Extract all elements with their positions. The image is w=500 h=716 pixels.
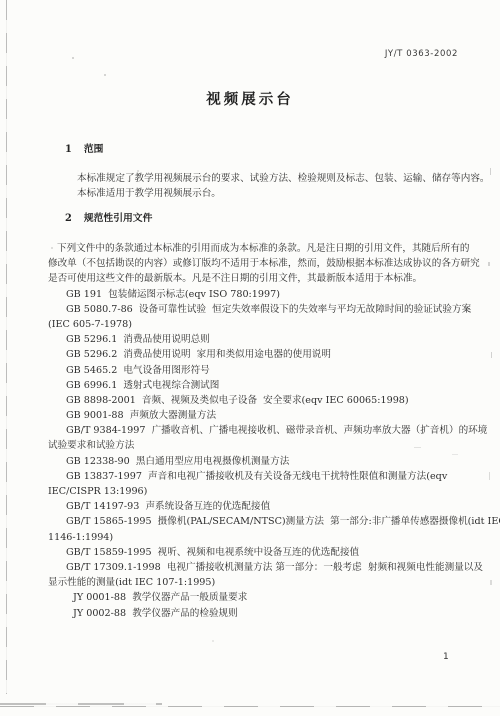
reference-line-continuation: (IEC 605-7-1978) — [48, 317, 474, 332]
reference-line: GB 13837-1997 声音和电视广播接收机及有关设备无线电干扰特性限值和测… — [66, 469, 474, 484]
reference-line: GB 5296.2 消费品使用说明 家用和类似用途电器的使用说明 — [66, 347, 474, 362]
scan-artifact — [414, 447, 421, 448]
section-1-heading-text: 范围 — [84, 144, 104, 155]
section-2-heading-text: 规范性引用文件 — [84, 213, 153, 224]
scan-artifact — [490, 168, 491, 175]
scan-artifact — [452, 454, 458, 455]
reference-line: JY 0002-88 教学仪器产品的检验规则 — [73, 606, 474, 621]
document-code: JY/T 0363-2002 — [385, 49, 458, 59]
reference-line: GB 5296.1 消费品使用说明总则 — [66, 332, 474, 347]
scanned-document-page: JY/T 0363-2002 视频展示台 1范围 本标准规定了教学用视频展示台的… — [0, 0, 500, 716]
section-1-number: 1 — [65, 144, 72, 155]
section-1-heading: 1范围 — [65, 141, 103, 155]
reference-line-continuation: 显示性能的测量(idt IEC 107-1:1995) — [48, 575, 474, 590]
normative-intro-line: 下列文件中的条款通过本标准的引用而成为本标准的条款。凡是注日期的引用文件，其随后… — [57, 241, 474, 256]
scan-edge-bottom-artifact — [0, 706, 500, 707]
paragraph: 本标准适用于教学用视频展示台。 — [77, 186, 472, 201]
section-2-body: 下列文件中的条款通过本标准的引用而成为本标准的条款。凡是注日期的引用文件，其随后… — [48, 241, 474, 621]
reference-line: GB 12338-90 黑白通用型应用电视摄像机测量方法 — [66, 454, 474, 469]
section-1-body: 本标准规定了教学用视频展示台的要求、试验方法、检验规则及标志、包装、运输、储存等… — [48, 171, 472, 202]
reference-line: GB 8898-2001 音频、视频及类似电子设备 安全要求(eqv IEC 6… — [66, 393, 474, 408]
scan-artifact — [491, 352, 492, 358]
reference-line-continuation: 试验要求和试验方法 — [48, 438, 474, 453]
reference-line-continuation: IEC/CISPR 13:1996) — [48, 484, 474, 499]
reference-line: JY 0001-88 教学仪器产品一般质量要求 — [73, 590, 474, 605]
reference-line: GB 5080.7-86 设备可靠性试验 恒定失效率假设下的失效率与平均无故障时… — [66, 302, 474, 317]
scan-speck — [51, 247, 53, 249]
scan-edge-bottom-artifact — [0, 703, 162, 705]
scan-speck — [137, 170, 139, 172]
reference-line: GB 6996.1 透射式电视综合测试图 — [66, 378, 474, 393]
reference-line: GB 9001-88 声频放大器测量方法 — [66, 408, 474, 423]
page-number: 1 — [443, 652, 449, 662]
section-2-heading: 2规范性引用文件 — [65, 210, 152, 224]
normative-intro-line: 修改单（不包括勘误的内容）或修订版均不适用于本标准，然而，鼓励根据本标准达成协议… — [48, 256, 474, 271]
reference-line: GB/T 14197-93 声系统设备互连的优选配接值 — [66, 499, 474, 514]
scan-artifact — [490, 580, 492, 585]
normative-intro-line: 是否可使用这些文件的最新版本。凡是不注日期的引用文件，其最新版本适用于本标准。 — [48, 271, 474, 286]
reference-line: GB/T 9384-1997 广播收音机、广播电视接收机、磁带录音机、声频功率放… — [66, 423, 474, 438]
reference-line: GB/T 15859-1995 视听、视频和电视系统中设备互连的优选配接值 — [66, 545, 474, 560]
scan-speck — [72, 57, 74, 59]
document-title: 视频展示台 — [0, 88, 500, 109]
reference-line: GB 191 包装储运图示标志(eqv ISO 780:1997) — [66, 287, 474, 302]
scan-artifact — [488, 262, 490, 266]
scan-speck — [104, 74, 106, 76]
paragraph: 本标准规定了教学用视频展示台的要求、试验方法、检验规则及标志、包装、运输、储存等… — [77, 171, 472, 186]
reference-line-continuation: 1146-1:1994) — [48, 530, 474, 545]
reference-line: GB 5465.2 电气设备用图形符号 — [66, 363, 474, 378]
scan-speck — [212, 640, 214, 642]
section-2-number: 2 — [65, 213, 72, 224]
reference-line: GB/T 17309.1-1998 电视广播接收机测量方法 第一部分：一般考虑 … — [66, 560, 474, 575]
scan-artifact — [489, 472, 490, 480]
reference-line: GB/T 15865-1995 摄像机(PAL/SECAM/NTSC)测量方法 … — [66, 514, 474, 529]
scan-edge-left-artifact — [6, 0, 7, 694]
scan-speck — [100, 593, 102, 595]
